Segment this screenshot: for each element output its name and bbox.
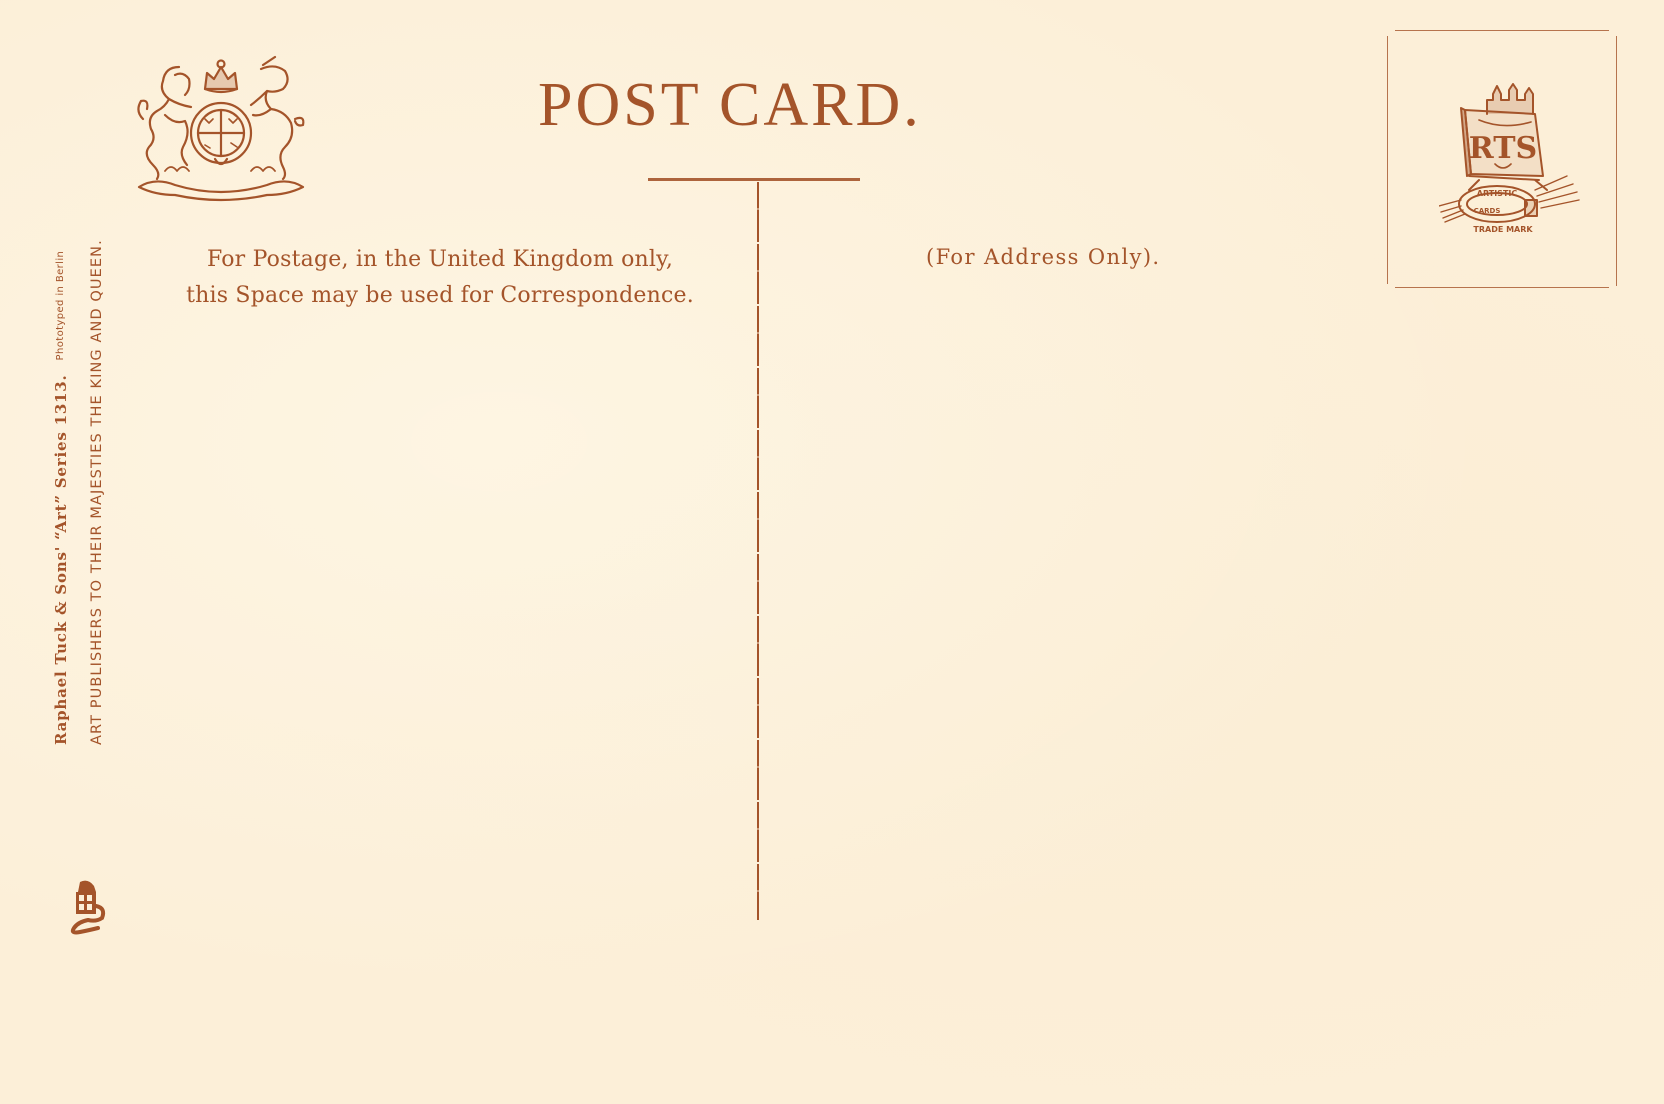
correspondence-line-2: this Space may be used for Correspondenc… bbox=[130, 278, 750, 314]
title-underline-divider bbox=[648, 178, 860, 181]
address-only-label: (For Address Only). bbox=[926, 242, 1161, 272]
center-vertical-divider bbox=[757, 182, 759, 920]
svg-text:TRADE MARK: TRADE MARK bbox=[1473, 225, 1533, 234]
phototyped-note: Phototyped in Berlin bbox=[55, 251, 66, 361]
stamp-box-right-border bbox=[1616, 36, 1617, 286]
publisher-series-text: Raphael Tuck & Sons' “Art” Series 1313. bbox=[52, 374, 70, 745]
svg-text:CARDS: CARDS bbox=[1474, 207, 1501, 215]
stamp-box-bottom-border bbox=[1395, 287, 1609, 288]
postcard-back: Raphael Tuck & Sons' “Art” Series 1313.P… bbox=[0, 0, 1664, 1104]
stamp-box-left-border bbox=[1387, 36, 1388, 284]
tuck-easel-mini-icon bbox=[66, 878, 110, 936]
easel-palette-trademark-icon: RTS ARTISTIC CARDS TRADE MARK bbox=[1439, 80, 1589, 240]
correspondence-note: For Postage, in the United Kingdom only,… bbox=[130, 242, 750, 314]
svg-text:ARTISTIC: ARTISTIC bbox=[1477, 189, 1518, 198]
correspondence-line-1: For Postage, in the United Kingdom only, bbox=[130, 242, 750, 278]
royal-coat-of-arms-icon bbox=[135, 55, 307, 203]
publisher-line: Raphael Tuck & Sons' “Art” Series 1313.P… bbox=[50, 239, 72, 745]
publisher-side-text: Raphael Tuck & Sons' “Art” Series 1313.P… bbox=[50, 239, 108, 745]
postcard-title: POST CARD. bbox=[538, 70, 922, 140]
svg-text:RTS: RTS bbox=[1469, 131, 1537, 166]
stamp-placement-box: RTS ARTISTIC CARDS TRADE MARK bbox=[1387, 30, 1617, 288]
royal-warrant-line: ART PUBLISHERS TO THEIR MAJESTIES THE KI… bbox=[86, 239, 108, 745]
stamp-box-top-border bbox=[1395, 30, 1609, 31]
